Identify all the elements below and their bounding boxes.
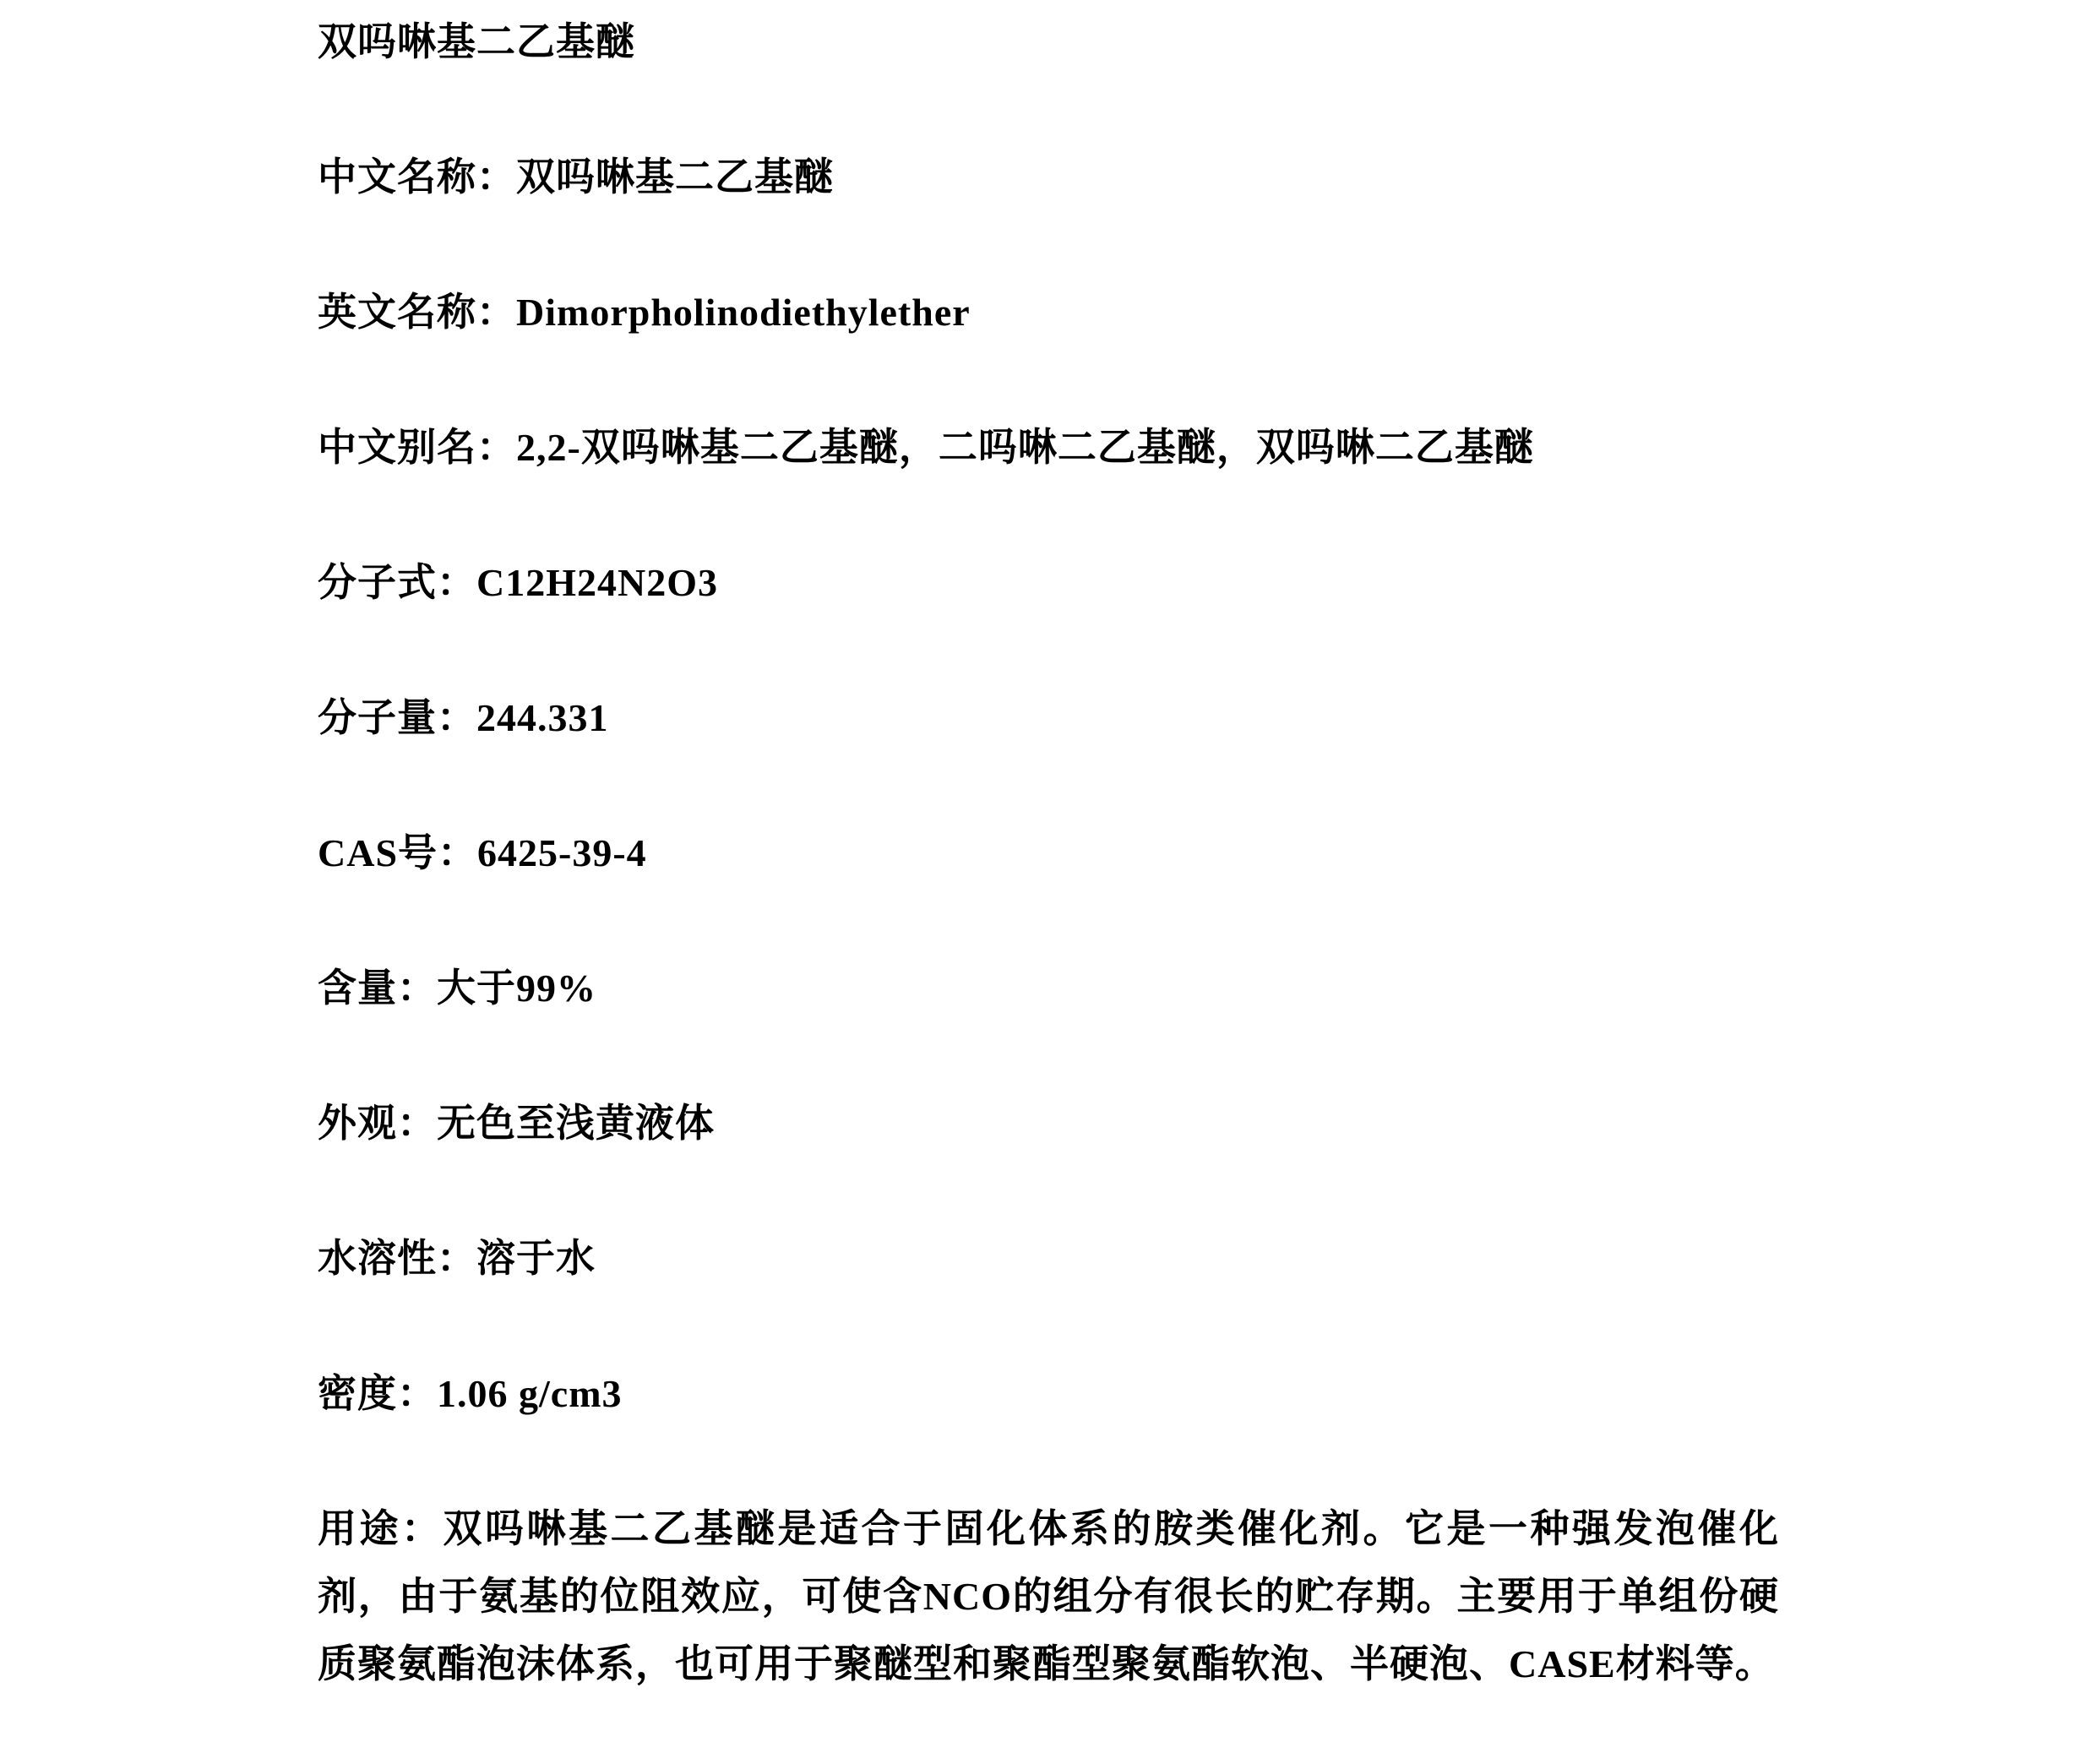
field-row-chinese-name: 中文名称：双吗啉基二乙基醚 [318, 144, 2095, 211]
field-label: CAS号 [318, 831, 438, 874]
field-row-chinese-alias: 中文别名：2,2-双吗啉基二乙基醚，二吗啉二乙基醚，双吗啉二乙基醚 [318, 414, 2095, 482]
field-separator: ： [476, 291, 516, 334]
field-separator: ： [437, 561, 476, 604]
field-separator: ： [397, 1102, 437, 1145]
field-value: 6425-39-4 [477, 831, 647, 874]
field-row-molecular-weight: 分子量：244.331 [318, 684, 2095, 752]
field-separator: ： [476, 426, 516, 469]
field-separator: ： [437, 696, 476, 739]
field-value: 双吗啉基二乙基醚是适合于固化体系的胺类催化剂。它是一种强发泡催化剂，由于氨基的位… [318, 1507, 1779, 1685]
field-separator: ： [401, 1507, 443, 1550]
field-row-appearance: 外观：无色至浅黄液体 [318, 1090, 2095, 1157]
field-value: 244.331 [476, 696, 609, 739]
field-label: 英文名称 [318, 291, 476, 334]
field-value: Dimorpholinodiethylether [516, 291, 971, 334]
field-value: 2,2-双吗啉基二乙基醚，二吗啉二乙基醚，双吗啉二乙基醚 [516, 426, 1534, 469]
field-separator: ： [438, 831, 477, 874]
field-label: 分子式 [318, 561, 437, 604]
field-row-english-name: 英文名称：Dimorpholinodiethylether [318, 279, 2095, 346]
field-label: 外观 [318, 1102, 397, 1145]
document-page: 双吗啉基二乙基醚 中文名称：双吗啉基二乙基醚 英文名称：Dimorpholino… [0, 0, 2095, 1698]
field-row-molecular-formula: 分子式：C12H24N2O3 [318, 549, 2095, 617]
field-label: 中文名称 [318, 155, 476, 199]
field-value: 1.06 g/cm3 [437, 1372, 623, 1415]
field-value: 溶于水 [476, 1237, 596, 1280]
field-row-usage: 用途：双吗啉基二乙基醚是适合于固化体系的胺类催化剂。它是一种强发泡催化剂，由于氨… [318, 1495, 1779, 1698]
page-title: 双吗啉基二乙基醚 [318, 8, 2095, 76]
field-label: 含量 [318, 966, 397, 1010]
field-label: 水溶性 [318, 1237, 437, 1280]
field-value: 大于99% [437, 966, 596, 1010]
field-label: 用途 [318, 1507, 401, 1550]
field-label: 密度 [318, 1372, 397, 1415]
field-separator: ： [397, 1372, 437, 1415]
field-value: 无色至浅黄液体 [437, 1102, 715, 1145]
field-separator: ： [476, 155, 516, 199]
field-row-density: 密度：1.06 g/cm3 [318, 1360, 2095, 1428]
field-value: 双吗啉基二乙基醚 [516, 155, 834, 199]
field-label: 分子量 [318, 696, 437, 739]
field-label: 中文别名 [318, 426, 476, 469]
field-row-water-solubility: 水溶性：溶于水 [318, 1225, 2095, 1293]
field-separator: ： [397, 966, 437, 1010]
field-value: C12H24N2O3 [476, 561, 718, 604]
field-separator: ： [437, 1237, 476, 1280]
field-row-cas-number: CAS号：6425-39-4 [318, 819, 2095, 887]
field-row-purity: 含量：大于99% [318, 955, 2095, 1022]
